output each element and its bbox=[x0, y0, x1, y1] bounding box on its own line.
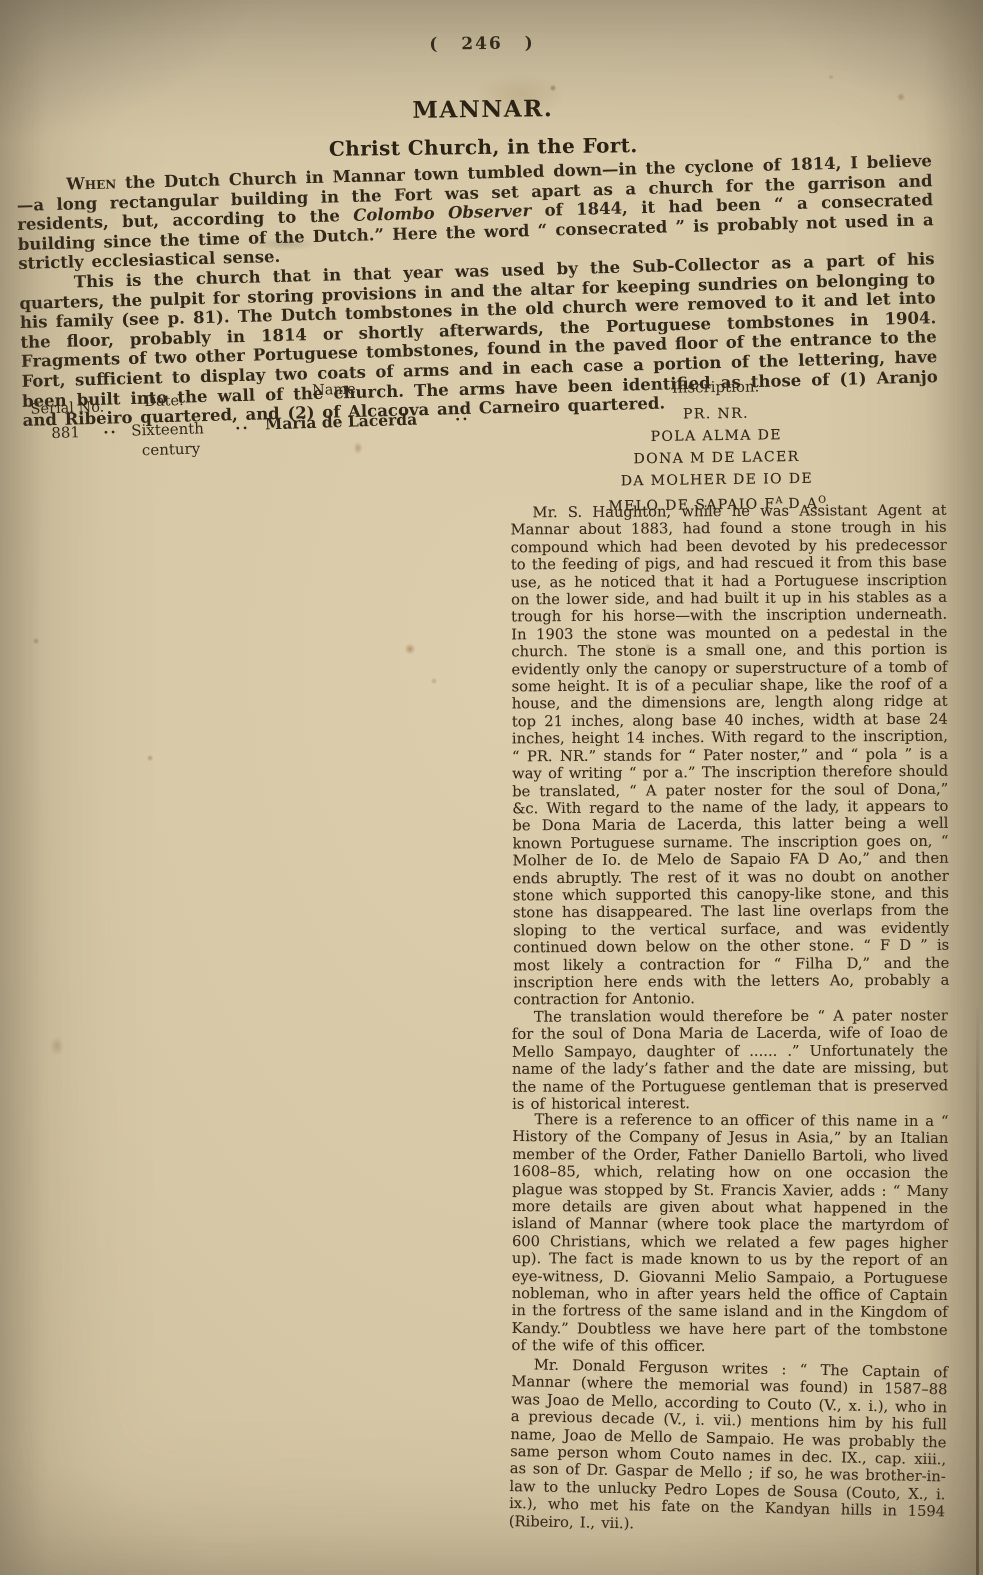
column-header-serial-no: Serial No. bbox=[30, 399, 104, 417]
page-header: ( 246 ) MANNAR. Christ Church, in the Fo… bbox=[0, 0, 965, 165]
inscription-block: Inscription. PR. NR. POLA ALMA DE DONA M… bbox=[508, 375, 925, 519]
lead-word: When bbox=[66, 173, 116, 193]
body-column: Mr. S. Haughton, while he was Assistant … bbox=[512, 503, 948, 1530]
record-serial-no: 881 bbox=[51, 423, 80, 442]
page-edge-shadow bbox=[976, 1000, 979, 1575]
column-header-date: Date. bbox=[144, 393, 184, 410]
body-paragraph-2: The translation would therefore be “ A p… bbox=[512, 1007, 948, 1113]
record-date-line2: century bbox=[142, 439, 201, 459]
body-paragraph-4: Mr. Donald Ferguson writes : “ The Capta… bbox=[509, 1356, 948, 1538]
record-name: Maria de Lacerda bbox=[265, 410, 418, 434]
separator-dots: .. bbox=[235, 415, 250, 433]
page-number: ( 246 ) bbox=[0, 0, 964, 60]
separator-dots: .. bbox=[103, 419, 118, 437]
page-title: MANNAR. bbox=[1, 90, 964, 129]
record-table: Serial No. Date. Name. 881 .. Sixteenth … bbox=[22, 376, 525, 482]
separator-dots: .. bbox=[455, 406, 470, 424]
scanned-book-page: ( 246 ) MANNAR. Christ Church, in the Fo… bbox=[0, 0, 983, 1575]
body-paragraph-3: There is a reference to an officer of th… bbox=[511, 1111, 948, 1357]
record-date-line1: Sixteenth bbox=[131, 419, 204, 439]
body-paragraph-1: Mr. S. Haughton, while he was Assistant … bbox=[510, 502, 949, 1009]
column-header-name: Name. bbox=[312, 381, 361, 399]
